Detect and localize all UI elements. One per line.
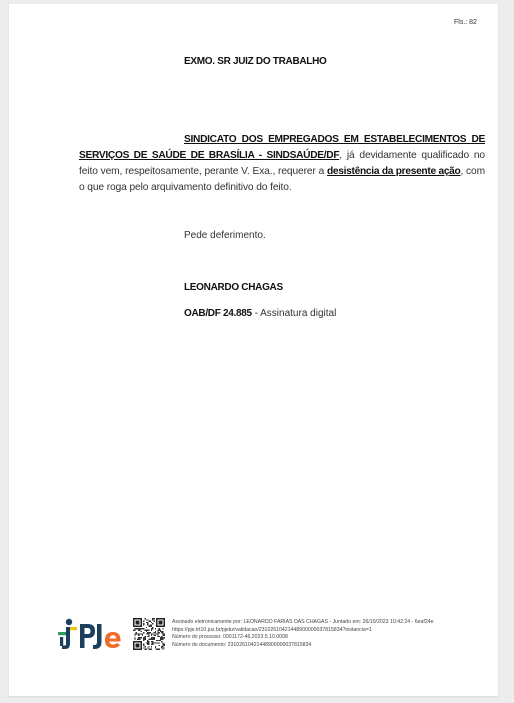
pje-logo-icon <box>57 618 129 652</box>
qr-code-icon <box>133 618 165 650</box>
petition-first-line: SINDICATO DOS EMPREGADOS EM ESTABELECIME… <box>79 132 485 148</box>
request-text: Pede deferimento. <box>184 230 266 241</box>
oab-number: OAB/DF 24.885 <box>184 308 252 319</box>
oab-suffix: - Assinatura digital <box>252 308 337 319</box>
party-name-line1: SINDICATO DOS EMPREGADOS EM ESTABELECIME… <box>184 134 485 145</box>
party-name-line2: SERVIÇOS DE SAÚDE DE BRASÍLIA - SINDSAÚD… <box>79 150 339 161</box>
signature-process-number: Número do processo: 0001172-46.2023.5.10… <box>172 634 434 642</box>
signature-document-number: Número do documento: 2310261042144890000… <box>172 642 434 650</box>
electronic-signature-block: Assinado eletronicamente por: LEONARDO F… <box>172 619 434 649</box>
addressee-heading: EXMO. SR JUIZ DO TRABALHO <box>184 56 327 67</box>
petition-body: SINDICATO DOS EMPREGADOS EM ESTABELECIME… <box>79 132 485 196</box>
document-page: Fls.: 82 EXMO. SR JUIZ DO TRABALHO SINDI… <box>9 4 498 696</box>
page-number-label: Fls.: 82 <box>454 19 477 26</box>
signature-signed-by: Assinado eletronicamente por: LEONARDO F… <box>172 619 434 627</box>
signature-validation-url[interactable]: https://pje.trt10.jus.br/pjekz/validacao… <box>172 627 434 635</box>
oab-line: OAB/DF 24.885 - Assinatura digital <box>184 308 336 319</box>
signer-name: LEONARDO CHAGAS <box>184 282 283 293</box>
withdrawal-emphasis: desistência da presente ação <box>327 166 460 177</box>
